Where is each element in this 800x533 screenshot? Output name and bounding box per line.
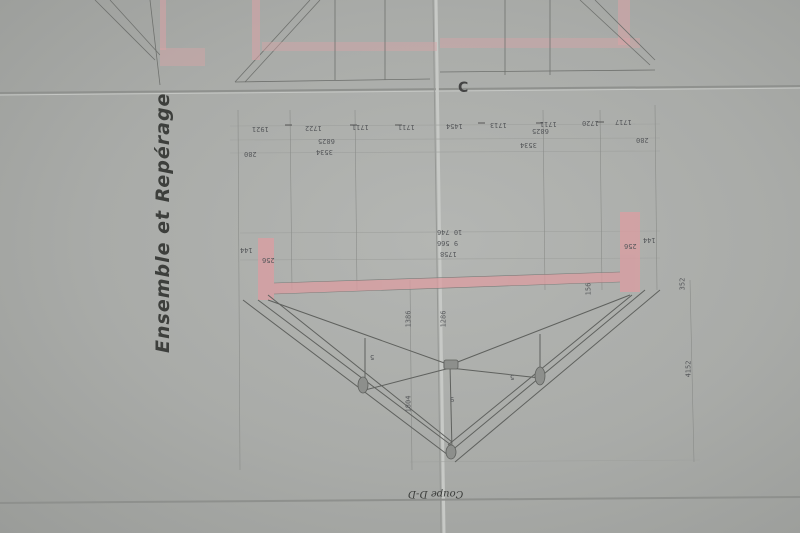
beam-annotation: 9 566 (437, 239, 458, 247)
truss-label: 1286 (439, 311, 447, 328)
crossbeam (274, 272, 620, 294)
right-post-label: 256 (624, 242, 637, 250)
blueprint-drawing (0, 0, 800, 533)
dimension-label: 280 (244, 150, 257, 158)
truss-label: 1386 (404, 311, 412, 328)
dimension-label: 1720 (582, 119, 599, 127)
truss-label: 5 (370, 353, 374, 361)
right-post-label: 144 (643, 236, 656, 244)
upper-view (95, 0, 655, 85)
bracket-label: 156 (584, 283, 592, 296)
dimension-label: 1711 (398, 123, 415, 131)
dimension-label: 3534 (316, 148, 333, 156)
dimension-label: 1711 (352, 123, 369, 131)
truss (243, 290, 660, 462)
height-label: 4152 (684, 361, 692, 378)
dimension-label: 6825 (318, 137, 335, 145)
truss-label: 1804 (404, 396, 412, 413)
left-post-label: 256 (262, 256, 275, 264)
beam-annotation: 1758 (440, 250, 457, 258)
section-caption: Coupe D-D (408, 488, 463, 499)
dimension-label: 1454 (446, 122, 463, 130)
dimension-label: 1713 (490, 121, 507, 129)
truss-label: 5 (510, 373, 514, 381)
height-label: 352 (678, 278, 686, 291)
dimension-label: 1921 (252, 125, 269, 133)
section-marker: C (458, 80, 468, 96)
truss-label: 9 (450, 395, 454, 403)
dimension-label: 1722 (305, 124, 322, 132)
dimension-label: 6825 (532, 127, 549, 135)
right-post (620, 212, 640, 292)
drawing-sheet: Ensemble et Repérage C 1921 1722 1711 17… (0, 0, 800, 533)
drawing-title: Ensemble et Repérage (152, 133, 174, 353)
dimension-label: 280 (636, 136, 649, 144)
left-post (258, 238, 274, 300)
left-post-label: 144 (240, 246, 253, 254)
fold-line-bottom (0, 497, 800, 503)
beam-annotation: 10 746 (437, 228, 462, 236)
dimension-label: 1717 (615, 118, 632, 126)
dimension-label: 3534 (520, 141, 537, 149)
